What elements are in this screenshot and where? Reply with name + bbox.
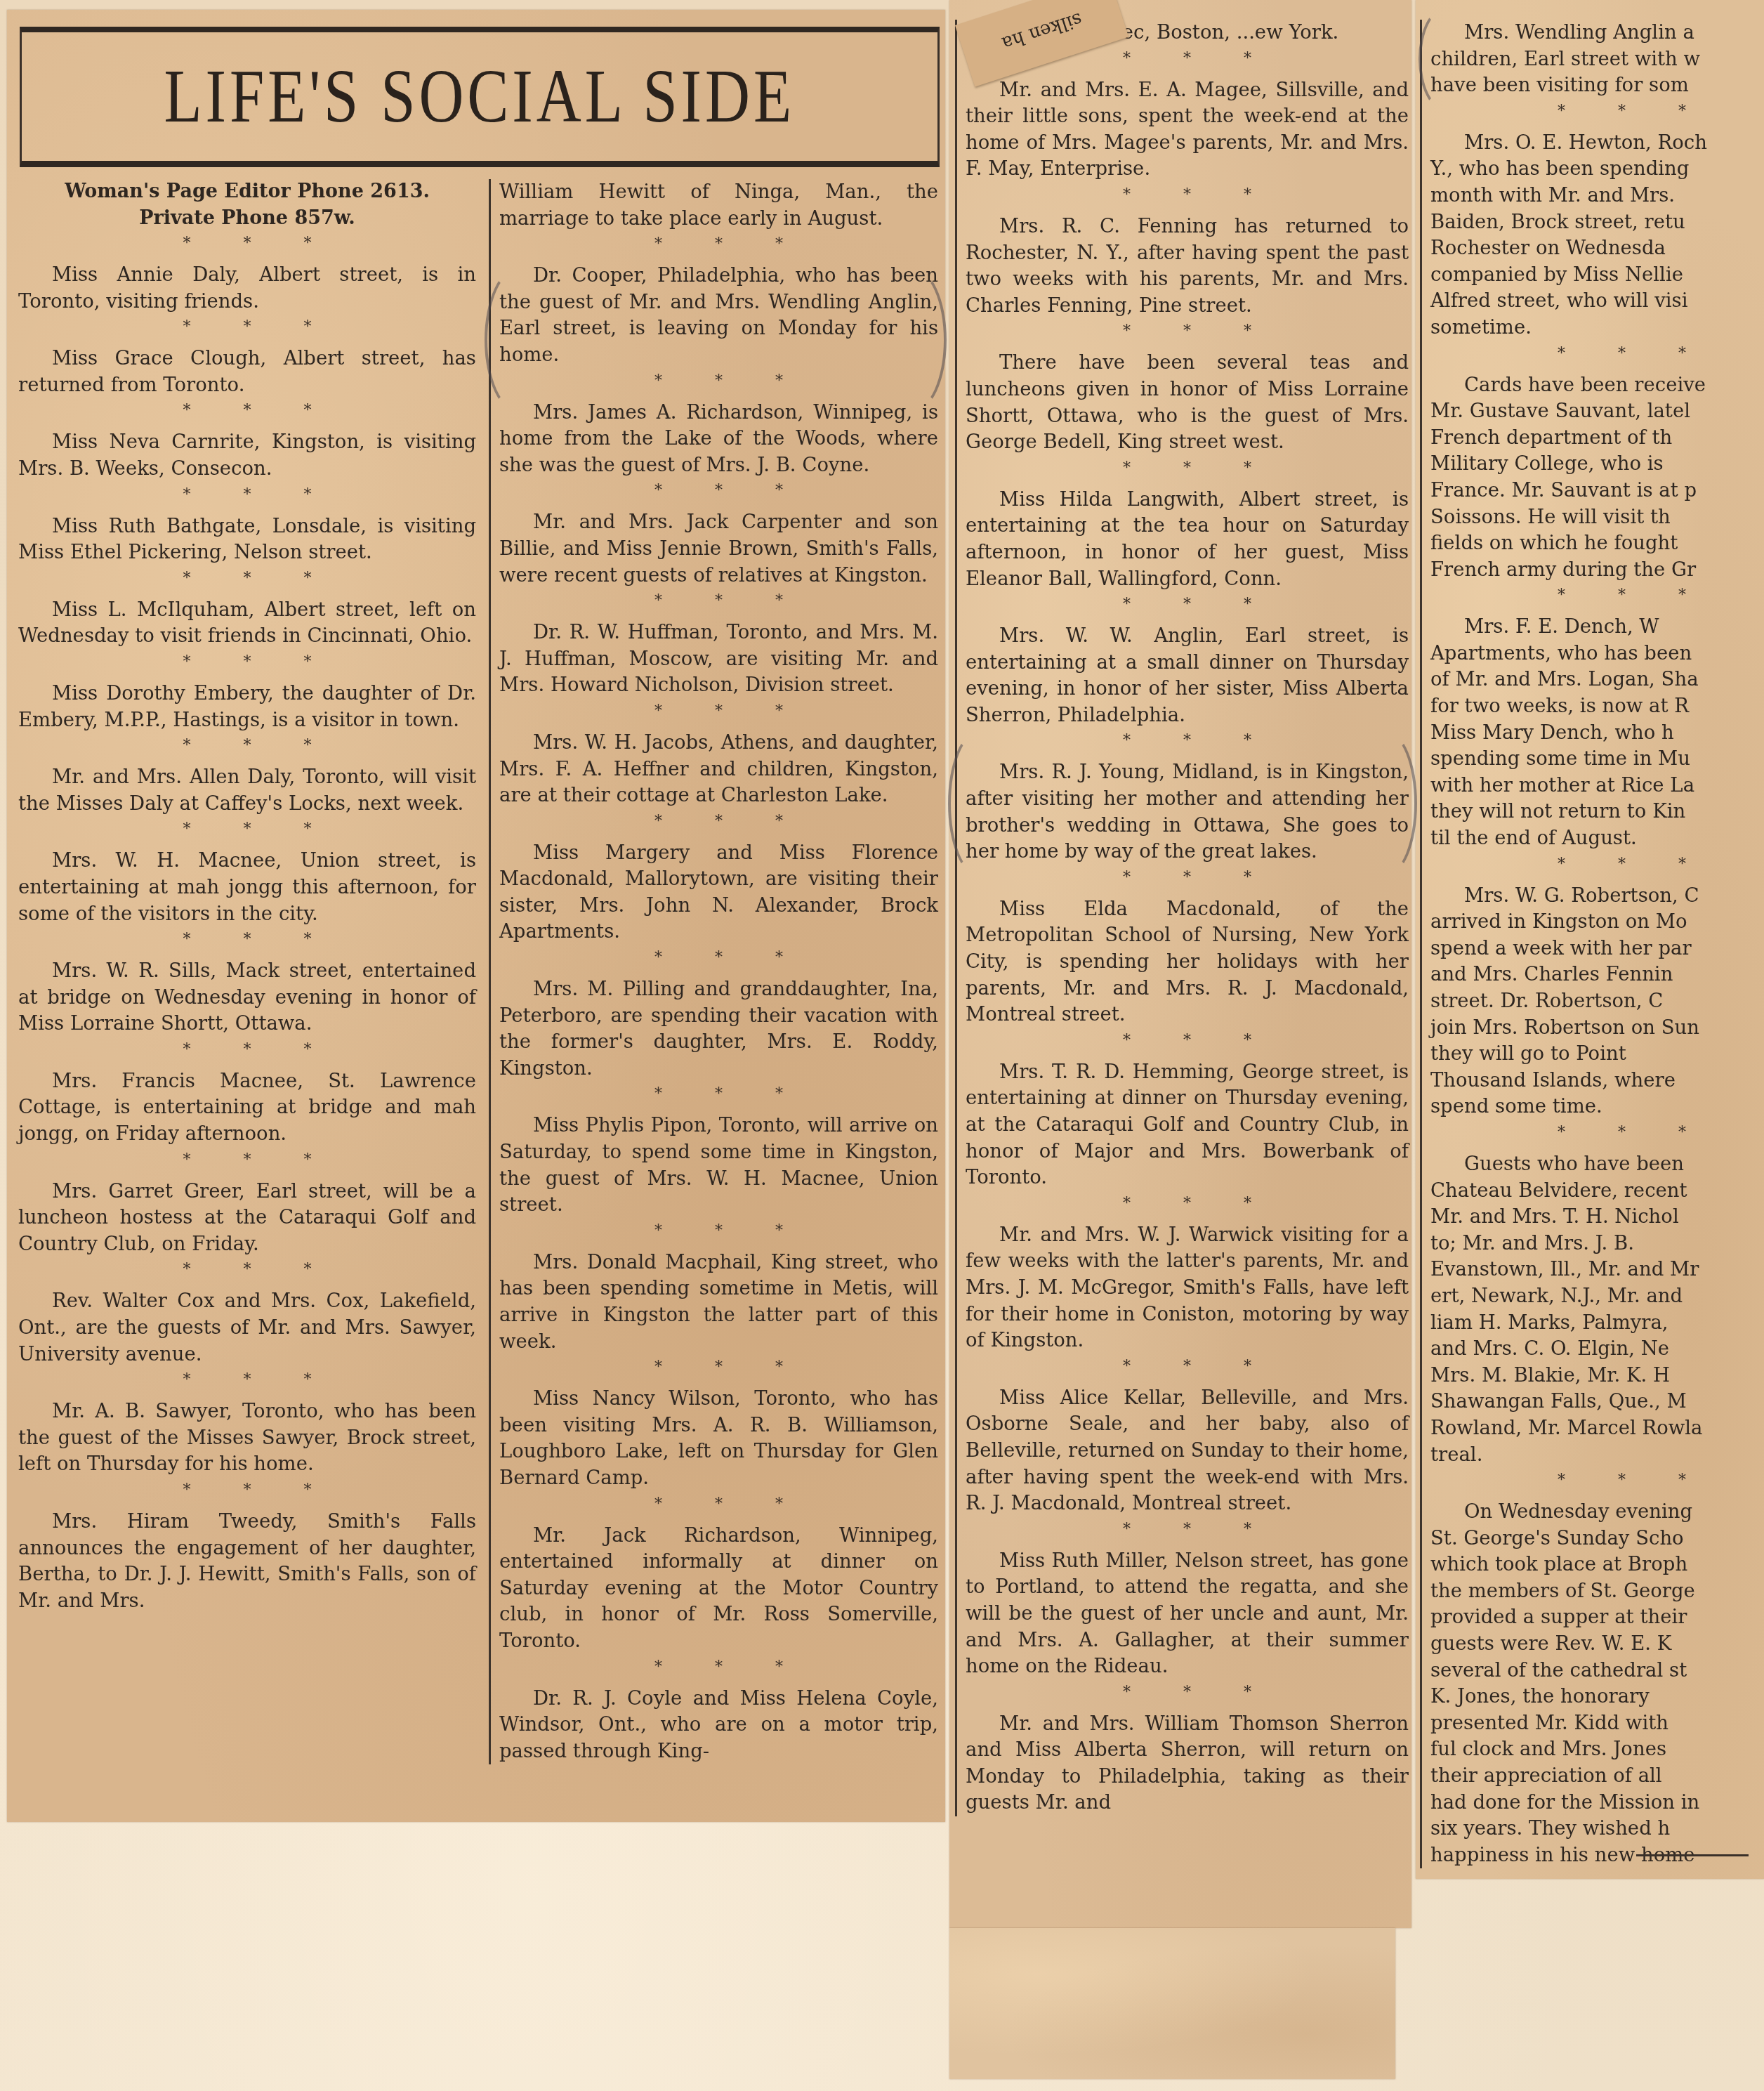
item-separator: * * * <box>18 1040 476 1060</box>
social-item: Dr. Cooper, Philadelphia, who has been t… <box>499 263 938 368</box>
item-separator: * * * <box>18 317 476 337</box>
cropped-line: spend a week with her par <box>1430 936 1764 962</box>
item-separator: * * * <box>966 322 1409 341</box>
cropped-line: Rochester on Wednesda <box>1430 235 1764 262</box>
social-item: Mrs. Francis Macnee, St. Lawrence Cottag… <box>18 1068 476 1148</box>
social-item: Mr. and Mrs. E. A. Magee, Sillsville, an… <box>966 77 1409 183</box>
social-item: Miss Elda Macdonald, of the Metropolitan… <box>966 896 1409 1028</box>
social-item: Miss Annie Daly, Albert street, is in To… <box>18 262 476 315</box>
pencil-bracket-left <box>948 730 1010 877</box>
social-item: Dr. R. W. Huffman, Toronto, and Mrs. M. … <box>499 620 938 699</box>
item-separator: * * * <box>1430 344 1764 364</box>
cropped-line: to; Mr. and Mrs. J. B. <box>1430 1231 1764 1257</box>
cropped-line: Rowland, Mr. Marcel Rowla <box>1430 1415 1764 1442</box>
cropped-line: Miss Mary Dench, who h <box>1430 720 1764 747</box>
social-item: Miss Alice Kellar, Belleville, and Mrs. … <box>966 1385 1409 1517</box>
social-item: Dr. R. J. Coyle and Miss Helena Coyle, W… <box>499 1686 938 1765</box>
item-separator: * * * <box>966 459 1409 478</box>
item-separator: * * * <box>499 481 938 501</box>
cropped-line: six years. They wished h <box>1430 1816 1764 1842</box>
social-item: There have been several teas and luncheo… <box>966 350 1409 455</box>
clipping-column-3-tail <box>949 1928 1395 2079</box>
social-item: Mrs. T. R. D. Hemming, George street, is… <box>966 1059 1409 1191</box>
cropped-line: join Mrs. Robertson on Sun <box>1430 1015 1764 1042</box>
cropped-line: Military College, who is <box>1430 451 1764 478</box>
item-separator: * * * <box>499 812 938 832</box>
editor-phone: Woman's Page Editor Phone 2613. <box>18 179 476 204</box>
cropped-line: guests were Rev. W. E. K <box>1430 1631 1764 1658</box>
social-item: Rev. Walter Cox and Mrs. Cox, Lakefield,… <box>18 1288 476 1368</box>
cropped-line: presented Mr. Kidd with <box>1430 1710 1764 1737</box>
social-item: Mrs. M. Pilling and granddaughter, Ina, … <box>499 976 938 1082</box>
cropped-line: have been visiting for som <box>1430 72 1764 99</box>
cropped-line: On Wednesday evening <box>1430 1499 1764 1526</box>
cropped-line: which took place at Broph <box>1430 1552 1764 1578</box>
cropped-line: children, Earl street with w <box>1430 46 1764 73</box>
cropped-line: Chateau Belvidere, recent <box>1430 1178 1764 1205</box>
cropped-line: Baiden, Brock street, retu <box>1430 209 1764 236</box>
cropped-line: Mrs. F. E. Dench, W <box>1430 614 1764 641</box>
social-item: Mrs. R. C. Fenning has returned to Roche… <box>966 214 1409 319</box>
social-item: Miss Dorothy Embery, the daughter of Dr.… <box>18 681 476 733</box>
social-item: Miss Phylis Pipon, Toronto, will arrive … <box>499 1113 938 1218</box>
item-separator: * * * <box>18 820 476 839</box>
item-separator: * * * <box>966 1031 1409 1051</box>
cropped-line: had done for the Mission in <box>1430 1790 1764 1816</box>
cropped-line: and Mrs. Charles Fennin <box>1430 962 1764 988</box>
column-4-items: Mrs. Wendling Anglin achildren, Earl str… <box>1430 20 1764 1868</box>
cropped-line: French department of th <box>1430 425 1764 452</box>
social-item: Mr. and Mrs. W. J. Warwick visiting for … <box>966 1222 1409 1354</box>
social-item: Miss Neva Carnrite, Kingston, is visitin… <box>18 429 476 482</box>
column-4: Mrs. Wendling Anglin achildren, Earl str… <box>1420 20 1764 1868</box>
cropped-line: Thousand Islands, where <box>1430 1068 1764 1094</box>
social-item: Mrs. Wendling Anglin achildren, Earl str… <box>1430 20 1764 99</box>
cropped-line: K. Jones, the honorary <box>1430 1684 1764 1710</box>
social-item: Mr. Jack Richardson, Winnipeg, entertain… <box>499 1523 938 1655</box>
pencil-bracket-right <box>878 267 947 413</box>
social-item: Guests who have beenChateau Belvidere, r… <box>1430 1151 1764 1468</box>
social-item: Mr. A. B. Sawyer, Toronto, who has been … <box>18 1398 476 1478</box>
social-item: Mrs. R. J. Young, Midland, is in Kingsto… <box>966 759 1409 865</box>
social-item: Mrs. W. H. Jacobs, Athens, and daughter,… <box>499 730 938 809</box>
cropped-line: Apartments, who has been <box>1430 641 1764 667</box>
item-separator: * * * <box>18 401 476 421</box>
social-item: Mrs. Garret Greer, Earl street, will be … <box>18 1179 476 1258</box>
item-separator: * * * <box>18 1370 476 1390</box>
cropped-line: companied by Miss Nellie <box>1430 262 1764 289</box>
item-separator: * * * <box>966 1520 1409 1540</box>
item-separator: * * * <box>18 653 476 672</box>
item-separator: * * * <box>966 1683 1409 1703</box>
item-separator: * * * <box>966 1194 1409 1214</box>
cropped-line: and Mrs. C. O. Elgin, Ne <box>1430 1336 1764 1363</box>
social-item: Mrs. W. W. Anglin, Earl street, is enter… <box>966 623 1409 728</box>
social-item: Mrs. James A. Richardson, Winnipeg, is h… <box>499 400 938 479</box>
cropped-line: Soissons. He will visit th <box>1430 504 1764 531</box>
cropped-line: spending some time in Mu <box>1430 746 1764 773</box>
item-separator: * * * <box>966 185 1409 205</box>
cropped-line: Guests who have been <box>1430 1151 1764 1178</box>
cropped-line: the members of St. George <box>1430 1578 1764 1605</box>
column-1: Woman's Page Editor Phone 2613. Private … <box>18 179 476 1614</box>
cropped-line: street. Dr. Robertson, C <box>1430 988 1764 1015</box>
item-separator: * * * <box>966 1357 1409 1377</box>
cropped-line: they will not return to Kin <box>1430 799 1764 825</box>
column-3: ...r way to Quebec, Boston, ...ew York. … <box>955 20 1409 1816</box>
social-item: On Wednesday eveningSt. George's Sunday … <box>1430 1499 1764 1868</box>
cropped-line: Alfred street, who will visi <box>1430 288 1764 315</box>
social-item: Miss Hilda Langwith, Albert street, is e… <box>966 487 1409 592</box>
private-phone: Private Phone 857w. <box>18 206 476 231</box>
cropped-line: French army during the Gr <box>1430 557 1764 584</box>
cropped-line: Mr. Gustave Sauvant, latel <box>1430 398 1764 425</box>
item-separator: * * * <box>966 731 1409 751</box>
social-item: Mrs. Donald Macphail, King street, who h… <box>499 1250 938 1355</box>
item-separator: * * * <box>499 235 938 254</box>
item-separator: * * * <box>499 1495 938 1514</box>
item-separator: * * * <box>499 702 938 721</box>
cropped-line: fields on which he fought <box>1430 530 1764 557</box>
item-separator: * * * <box>499 1221 938 1241</box>
cropped-line: several of the cathedral st <box>1430 1658 1764 1684</box>
item-separator: * * * <box>18 1481 476 1500</box>
item-separator: * * * <box>1430 102 1764 122</box>
column-2-items: * * *Dr. Cooper, Philadelphia, who has b… <box>499 235 938 1764</box>
column-1-items: * * *Miss Annie Daly, Albert street, is … <box>18 234 476 1614</box>
continued-text: William Hewitt of Ninga, Man., the marri… <box>499 179 938 232</box>
item-separator: * * * <box>1430 586 1764 605</box>
item-separator: * * * <box>18 930 476 950</box>
cropped-line: treal. <box>1430 1442 1764 1469</box>
item-separator: * * * <box>1430 1471 1764 1490</box>
cropped-line: ful clock and Mrs. Jones <box>1430 1736 1764 1763</box>
column-2: William Hewitt of Ninga, Man., the marri… <box>489 179 938 1764</box>
column-3-items: * * *Mr. and Mrs. E. A. Magee, Sillsvill… <box>966 49 1409 1816</box>
cropped-line: of Mr. and Mrs. Logan, Sha <box>1430 667 1764 693</box>
cropped-line: til the end of August. <box>1430 825 1764 852</box>
social-item: Mrs. W. G. Robertson, Carrived in Kingst… <box>1430 883 1764 1120</box>
social-item: Mr. and Mrs. William Thomson Sherron and… <box>966 1711 1409 1816</box>
social-item: Miss Margery and Miss Florence Macdonald… <box>499 840 938 945</box>
social-item: Cards have been receiveMr. Gustave Sauva… <box>1430 372 1764 584</box>
social-item: Miss Grace Clough, Albert street, has re… <box>18 346 476 398</box>
cropped-line: Mrs. Wendling Anglin a <box>1430 20 1764 46</box>
item-separator: * * * <box>499 948 938 968</box>
cropped-line: Y., who has been spending <box>1430 156 1764 183</box>
social-item: Miss L. McIlquham, Albert street, left o… <box>18 597 476 650</box>
cropped-line: Mrs. O. E. Hewton, Roch <box>1430 130 1764 157</box>
item-separator: * * * <box>18 1260 476 1280</box>
cropped-line: with her mother at Rice La <box>1430 773 1764 799</box>
cropped-line: Evanstown, Ill., Mr. and Mr <box>1430 1257 1764 1283</box>
item-separator: * * * <box>499 1358 938 1377</box>
social-item: Mrs. F. E. Dench, WApartments, who has b… <box>1430 614 1764 851</box>
item-separator: * * * <box>499 591 938 611</box>
pencil-bracket-right <box>1355 730 1417 877</box>
social-item: Miss Nancy Wilson, Toronto, who has been… <box>499 1386 938 1491</box>
cropped-line: Mr. and Mrs. T. H. Nichol <box>1430 1204 1764 1231</box>
item-separator: * * * <box>18 569 476 589</box>
social-item: Miss Ruth Bathgate, Lonsdale, is visitin… <box>18 513 476 566</box>
item-separator: * * * <box>966 868 1409 888</box>
item-separator: * * * <box>499 1084 938 1104</box>
item-separator: * * * <box>1430 855 1764 874</box>
pencil-bracket-left <box>485 267 553 413</box>
closing-rule <box>1636 1854 1749 1856</box>
cropped-line: they will go to Point <box>1430 1041 1764 1068</box>
item-separator: * * * <box>499 372 938 391</box>
cropped-line: sometime. <box>1430 315 1764 341</box>
cropped-line: spend some time. <box>1430 1094 1764 1120</box>
item-separator: * * * <box>18 234 476 254</box>
item-separator: * * * <box>18 485 476 505</box>
social-item: Mrs. O. E. Hewton, RochY., who has been … <box>1430 130 1764 341</box>
cropped-line: liam H. Marks, Palmyra, <box>1430 1310 1764 1337</box>
cropped-line: Shawangan Falls, Que., M <box>1430 1389 1764 1415</box>
cropped-line: for two weeks, is now at R <box>1430 693 1764 720</box>
item-separator: * * * <box>1430 1123 1764 1143</box>
item-separator: * * * <box>18 736 476 756</box>
cropped-line: St. George's Sunday Scho <box>1430 1526 1764 1552</box>
cropped-line: Mrs. W. G. Robertson, C <box>1430 883 1764 910</box>
cropped-line: month with Mr. and Mrs. <box>1430 183 1764 209</box>
cropped-line: their appreciation of all <box>1430 1763 1764 1790</box>
flap-text: silken ha <box>999 8 1085 54</box>
social-item: Miss Ruth Miller, Nelson street, has gon… <box>966 1548 1409 1680</box>
cropped-line: Mrs. M. Blakie, Mr. K. H <box>1430 1363 1764 1389</box>
social-item: Mr. and Mrs. Allen Daly, Toronto, will v… <box>18 764 476 817</box>
social-item: Mr. and Mrs. Jack Carpenter and son Bill… <box>499 509 938 589</box>
item-separator: * * * <box>18 1151 476 1170</box>
masthead-box: LIFE'S SOCIAL SIDE <box>20 27 940 167</box>
cropped-line: Cards have been receive <box>1430 372 1764 399</box>
item-separator: * * * <box>499 1658 938 1677</box>
item-separator: * * * <box>966 595 1409 615</box>
cropped-line: arrived in Kingston on Mo <box>1430 909 1764 936</box>
social-item: Mrs. Hiram Tweedy, Smith's Falls announc… <box>18 1509 476 1614</box>
cropped-line: provided a supper at their <box>1430 1604 1764 1631</box>
pencil-bracket-left <box>1419 7 1473 111</box>
social-item: Mrs. W. R. Sills, Mack street, entertain… <box>18 958 476 1037</box>
social-item: Mrs. W. H. Macnee, Union street, is ente… <box>18 848 476 927</box>
cropped-line: ert, Newark, N.J., Mr. and <box>1430 1283 1764 1310</box>
masthead-title: LIFE'S SOCIAL SIDE <box>164 53 795 140</box>
cropped-line: France. Mr. Sauvant is at p <box>1430 478 1764 504</box>
